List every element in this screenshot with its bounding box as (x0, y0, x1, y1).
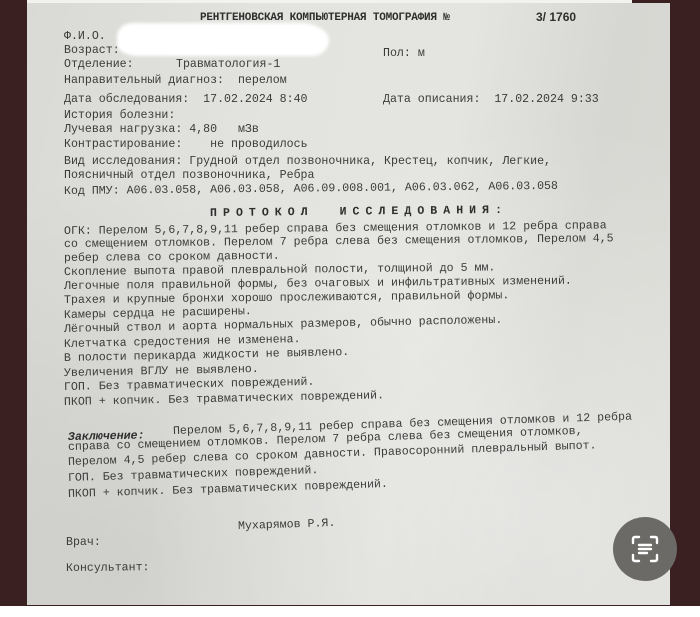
desc-date-label: Дата описания: (383, 93, 480, 106)
contrast-value: не проводилось (210, 138, 307, 151)
contrast-field: Контрастирование: не проводилось (64, 138, 308, 151)
exam-date-label: Дата обследования: (64, 93, 189, 106)
history-label: История болезни: (64, 109, 175, 122)
protocol-heading: ПРОТОКОЛ ИССЛЕДОВАНИЯ: (210, 204, 508, 220)
text-scan-icon (629, 533, 661, 565)
age-label: Возраст: (64, 44, 120, 57)
referral-label: Направительный диагноз: (64, 74, 224, 87)
redacted-personal-info (117, 23, 329, 56)
department-value: Травматология-1 (176, 58, 280, 71)
exam-date-field: Дата обследования: 17.02.2024 8:40 (64, 93, 308, 106)
desc-date-field: Дата описания: 17.02.2024 9:33 (383, 93, 599, 106)
text-scan-button[interactable] (613, 517, 677, 581)
study-type-line-2: Поясничный отдел позвоночника, Ребра (64, 169, 314, 182)
dose-field: Лучевая нагрузка: 4,80 мЗв (64, 123, 259, 136)
desc-date-value: 17.02.2024 9:33 (494, 93, 598, 106)
sex-label: Пол: (383, 47, 411, 60)
dose-unit: мЗв (238, 123, 259, 136)
ct-report-document: РЕНТГЕНОВСКАЯ КОМПЬЮТЕРНАЯ ТОМОГРАФИЯ № … (0, 0, 700, 606)
exam-date-value: 17.02.2024 8:40 (203, 93, 307, 106)
dose-label: Лучевая нагрузка: (64, 123, 182, 136)
consultant-label: Консультант: (66, 561, 150, 575)
contrast-label: Контрастирование: (64, 138, 182, 151)
doctor-name: Мухарямов Р.Я. (238, 517, 336, 533)
department-label: Отделение: (64, 58, 134, 71)
doctor-label: Врач: (66, 536, 101, 549)
document-number: 3/ 1760 (536, 11, 576, 24)
referral-field: Направительный диагноз: перелом (64, 74, 287, 87)
referral-value: перелом (238, 74, 287, 87)
protocol-line: ребер слева со сроком давности. (64, 250, 280, 265)
sex-value: м (418, 47, 425, 60)
sex-field: Пол: м (383, 47, 425, 60)
pmu-codes: Код ПМУ: А06.03.058, А06.03.058, А06.09.… (64, 180, 558, 198)
study-type-line-1: Вид исследования: Грудной отдел позвоноч… (64, 155, 551, 168)
dose-value: 4,80 (189, 123, 217, 136)
fio-label: Ф.И.О. (64, 30, 106, 43)
